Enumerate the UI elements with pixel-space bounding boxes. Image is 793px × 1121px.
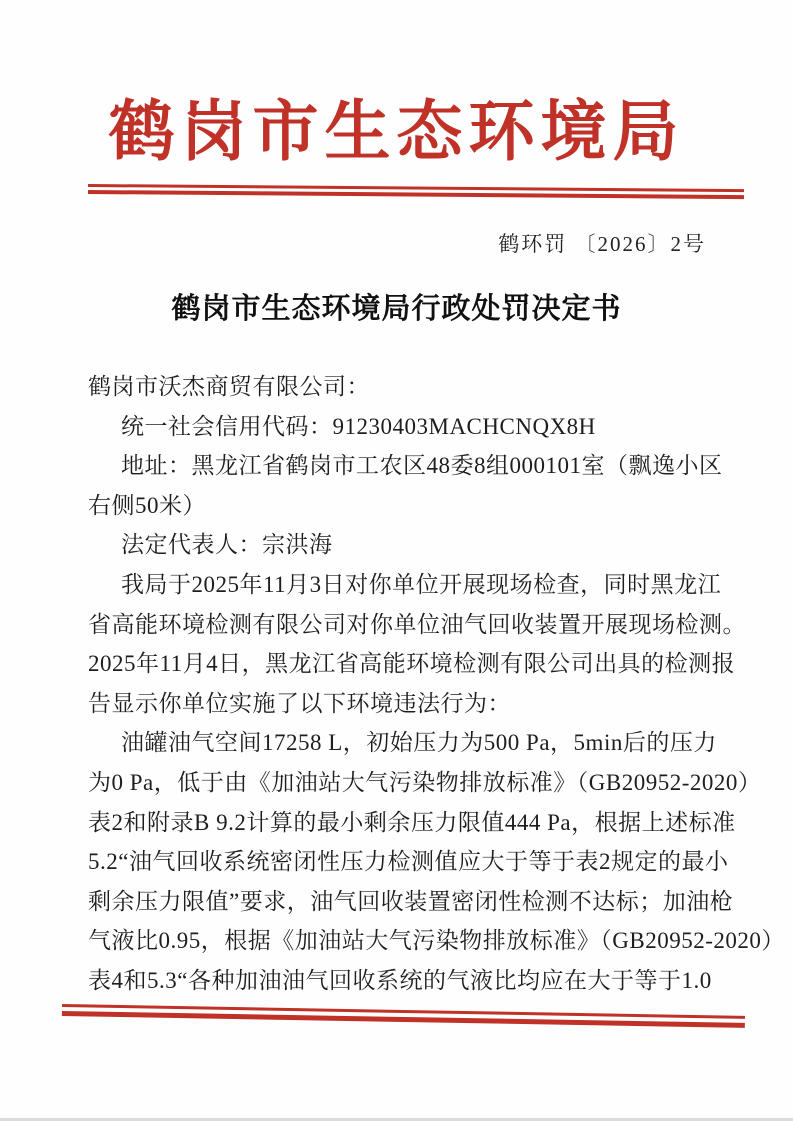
footer-divider-line [62,1004,745,1028]
body-text-line: 我局于2025年11月3日对你单位开展现场检查，同时黑龙江 [88,565,708,605]
body-text-line: 5.2“油气回收系统密闭性压力检测值应大于等于表2规定的最小 [88,842,708,882]
body-text-line: 统一社会信用代码：91230403MACHCNQX8H [88,407,708,447]
document-page: 鹤岗市生态环境局 鹤环罚 〔2026〕2号 鹤岗市生态环境局行政处罚决定书 鹤岗… [0,0,793,1121]
agency-header-title: 鹤岗市生态环境局 [0,78,793,173]
body-text-line: 剩余压力限值”要求，油气回收装置密闭性检测不达标；加油枪 [88,882,708,922]
document-body: 鹤岗市沃杰商贸有限公司：统一社会信用代码：91230403MACHCNQX8H地… [88,367,708,1001]
body-text-line: 地址：黑龙江省鹤岗市工农区48委8组000101室（飘逸小区 [88,446,708,486]
body-text-line: 为0 Pa，低于由《加油站大气污染物排放标准》（GB20952-2020） [88,763,708,803]
body-text-line: 省高能环境检测有限公司对你单位油气回收装置开展现场检测。 [88,605,708,645]
document-number: 鹤环罚 〔2026〕2号 [498,228,706,258]
body-text-line: 气液比0.95，根据《加油站大气污染物排放标准》（GB20952-2020） [88,921,708,961]
body-text-line: 表4和5.3“各种加油油气回收系统的气液比均应在大于等于1.0 [88,961,708,1001]
header-divider-line [88,184,744,199]
body-text-line: 表2和附录B 9.2计算的最小剩余压力限值444 Pa，根据上述标准 [88,803,708,843]
body-text-line: 法定代表人：宗洪海 [88,525,708,565]
body-text-line: 右侧50米） [88,486,708,526]
document-title: 鹤岗市生态环境局行政处罚决定书 [0,286,793,327]
body-text-line: 油罐油气空间17258 L，初始压力为500 Pa，5min后的压力 [88,723,708,763]
body-text-line: 2025年11月4日，黑龙江省高能环境检测有限公司出具的检测报 [88,644,708,684]
body-text-line: 告显示你单位实施了以下环境违法行为： [88,684,708,724]
body-text-line: 鹤岗市沃杰商贸有限公司： [88,367,708,407]
